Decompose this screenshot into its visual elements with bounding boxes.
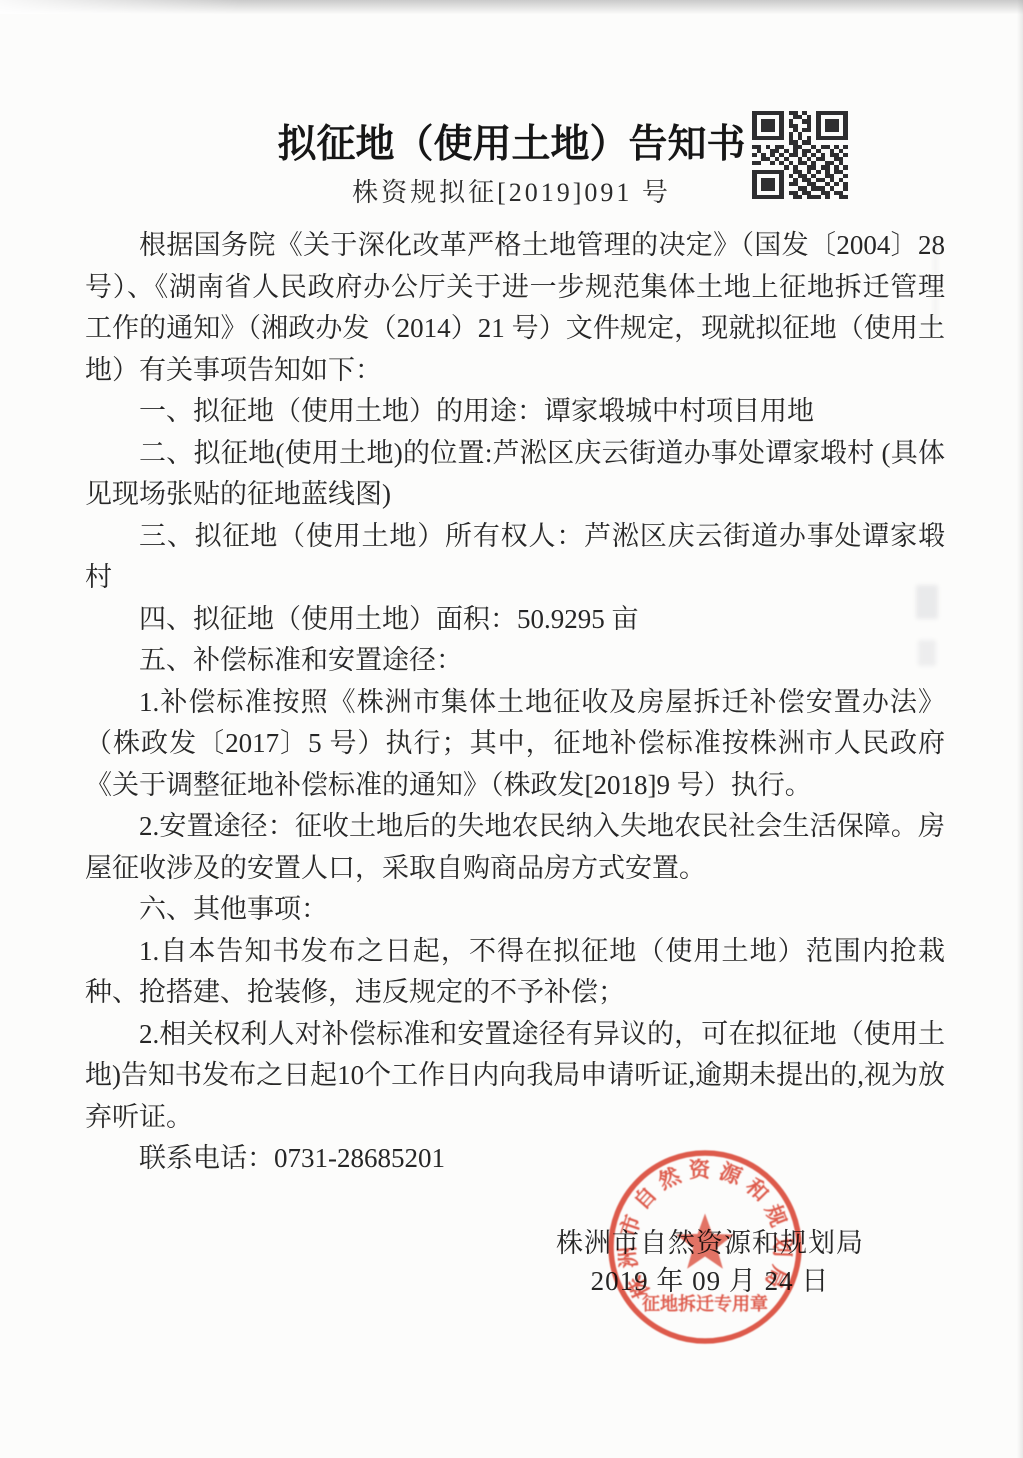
item-3-owner: 三、拟征地（使用土地）所有权人：芦淞区庆云街道办事处谭家塅村: [85, 516, 945, 599]
item-5-2-resettle: 2.安置途径：征收土地后的失地农民纳入失地农民社会生活保障。房屋征收涉及的安置人…: [85, 806, 945, 889]
qr-code: [752, 111, 848, 199]
page-title: 拟征地（使用土地）告知书: [0, 0, 1023, 171]
signature-agency: 株洲市自然资源和规划局: [530, 1226, 890, 1260]
item-2-location: 二、拟征地(使用土地)的位置:芦淞区庆云街道办事处谭家塅村 (具体见现场张贴的征…: [85, 433, 945, 516]
scan-shadow-right: [1017, 0, 1023, 1458]
item-6-other: 六、其他事项：: [85, 889, 945, 931]
signature-block: 株洲市自然资源和规划局 2019 年 09 月 24 日: [530, 1226, 890, 1298]
document-body: 根据国务院《关于深化改革严格土地管理的决定》（国发〔2004〕28号）、《湖南省…: [85, 225, 945, 1180]
contact-phone: 联系电话：0731-28685201: [85, 1138, 945, 1180]
item-4-area: 四、拟征地（使用土地）面积：50.9295 亩: [85, 599, 945, 641]
item-5-1-standard: 1.补偿标准按照《株洲市集体土地征收及房屋拆迁补偿安置办法》（株政发〔2017〕…: [85, 682, 945, 807]
item-1-purpose: 一、拟征地（使用土地）的用途：谭家塅城中村项目用地: [85, 391, 945, 433]
document-page: 拟征地（使用土地）告知书 株资规拟征[2019]091 号 根据国务院《关于深化…: [0, 0, 1023, 1458]
item-6-2-hearing: 2.相关权利人对补偿标准和安置途径有异议的，可在拟征地（使用土地)告知书发布之日…: [85, 1014, 945, 1139]
document-number: 株资规拟征[2019]091 号: [0, 176, 1023, 210]
item-5-compensation: 五、补偿标准和安置途径：: [85, 640, 945, 682]
paragraph-intro: 根据国务院《关于深化改革严格土地管理的决定》（国发〔2004〕28号）、《湖南省…: [85, 225, 945, 391]
signature-date: 2019 年 09 月 24 日: [530, 1264, 890, 1298]
item-6-1-no-rush: 1.自本告知书发布之日起，不得在拟征地（使用土地）范围内抢栽种、抢搭建、抢装修，…: [85, 931, 945, 1014]
